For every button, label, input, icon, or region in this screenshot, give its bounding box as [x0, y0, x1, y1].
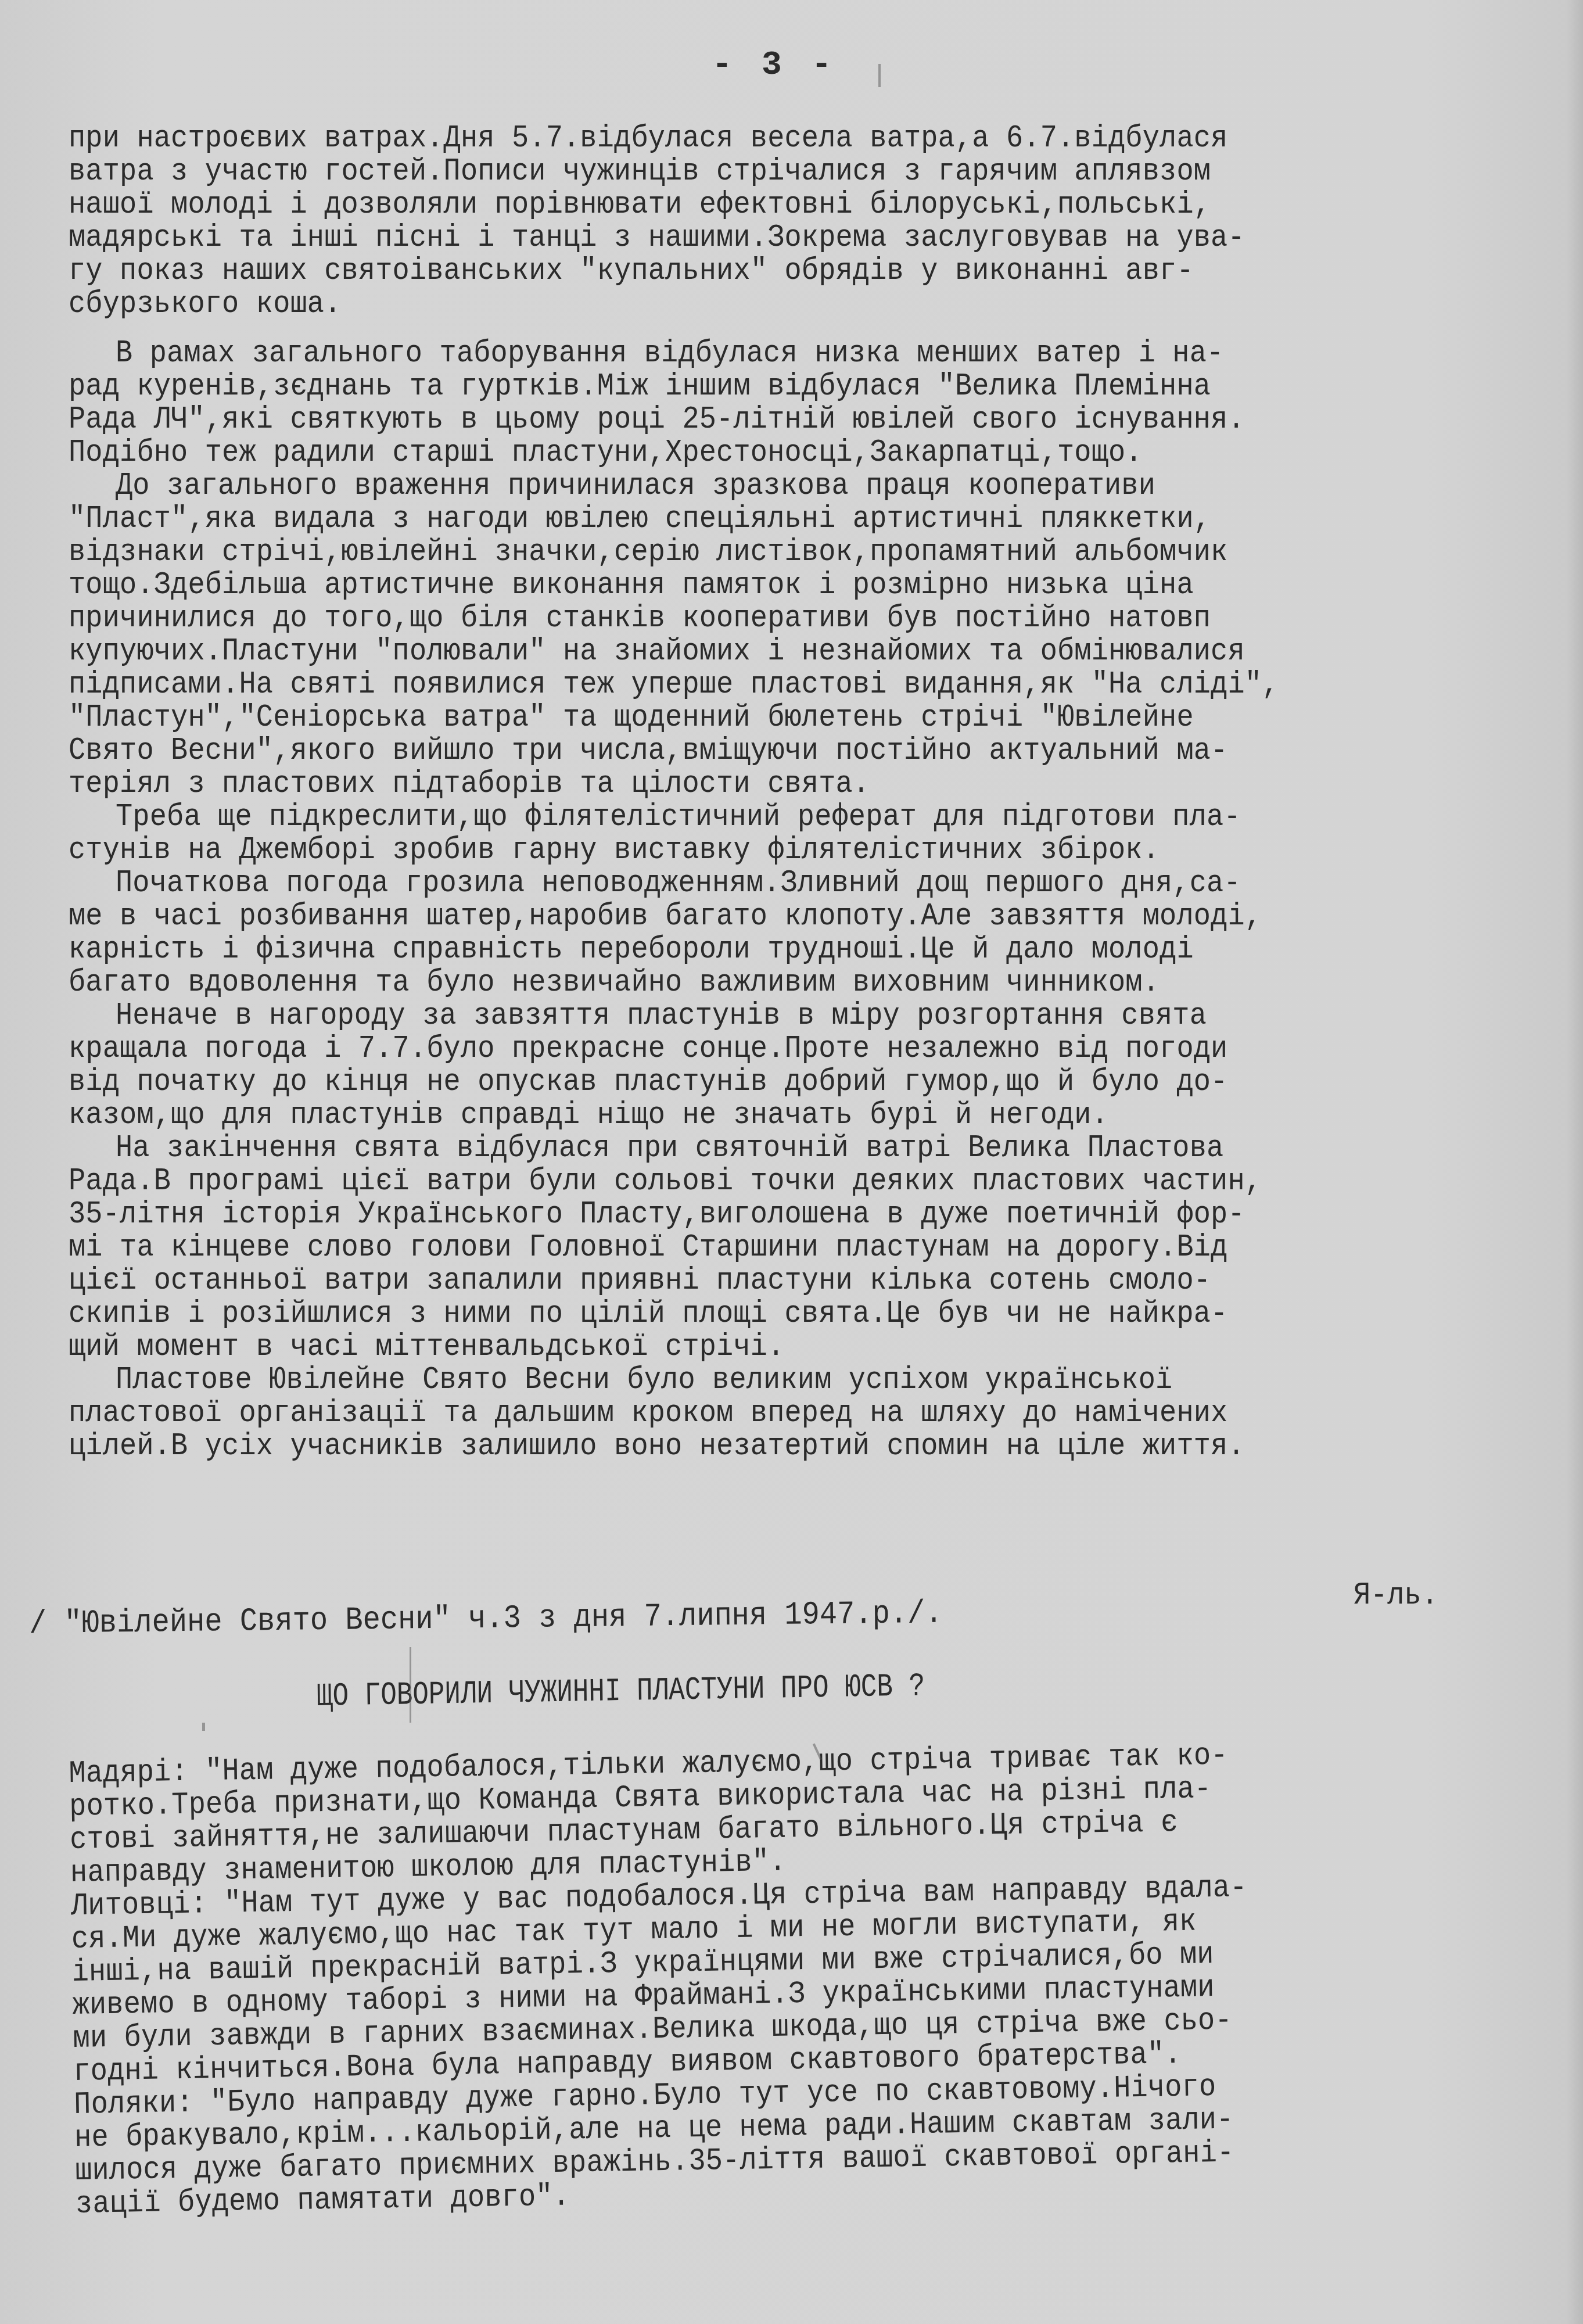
text-line: Пластове Ювілейне Свято Весни було велик… — [69, 1364, 1365, 1397]
text-line: Свято Весни",якого вийшло три числа,вміщ… — [69, 734, 1365, 768]
text-line: стунів на Джемборі зробив гарну виставку… — [69, 834, 1365, 867]
text-line: Треба ще підкреслити,що філятелістичний … — [69, 801, 1365, 834]
text-line: відзнаки стрічі,ювілейні значки,серію ли… — [69, 536, 1365, 569]
quote-lithuanians: Литовці: "Нам тут дуже у вас подобалося.… — [71, 1867, 1514, 2089]
text-line: підписами.На святі появилися теж уперше … — [69, 668, 1365, 701]
text-line: щий момент в часі міттенвальдської стріч… — [69, 1330, 1365, 1364]
text-line: В рамах загального таборування відбулася… — [69, 337, 1365, 370]
text-line: карність і фізична справність перебороли… — [69, 933, 1365, 966]
section-title: ЩО ГОВОРИЛИ ЧУЖИННІ ПЛАСТУНИ ПРО ЮСВ ? — [317, 1669, 925, 1714]
quote-hungarians: Мадярі: "Нам дуже подобалося,тільки жалу… — [69, 1735, 1511, 1890]
text-line: "Пластун","Сеніорська ватра" та щоденний… — [69, 701, 1365, 734]
text-line: До загального враження причинилася зразк… — [69, 469, 1365, 503]
scan-edge-shadow — [1567, 0, 1583, 2324]
text-line: ме в часі розбивання шатер,наробив багат… — [69, 900, 1365, 933]
author-signature: Я-ль. — [1354, 1579, 1438, 1612]
article-body: В рамах загального таборування відбулася… — [69, 337, 1509, 1463]
text-line: Рада ЛЧ",які святкують в цьому році 25-л… — [69, 403, 1365, 436]
document-page: - 3 - при настроєвих ватрах.Дня 5.7.відб… — [0, 0, 1583, 2324]
text-line: скипів і розійшлися з ними по цілій площ… — [69, 1297, 1365, 1330]
text-line: нашої молоді і дозволяли порівнювати ефе… — [69, 188, 1365, 221]
text-line: Неначе в нагороду за завзяття пластунів … — [69, 999, 1365, 1032]
scan-mark — [878, 64, 881, 87]
text-line: мадярські та інші пісні і танці з нашими… — [69, 221, 1365, 254]
foreign-scouts-quotes: Мадярі: "Нам дуже подобалося,тільки жалу… — [69, 1735, 1516, 2221]
text-line: казом,що для пластунів справді ніщо не з… — [69, 1099, 1365, 1132]
paragraph-camp-gatherings: В рамах загального таборування відбулася… — [69, 337, 1509, 469]
text-line: Подібно теж радили старші пластуни,Хрест… — [69, 436, 1365, 469]
text-line: цієї останньої ватри запалили приявні пл… — [69, 1264, 1365, 1297]
text-line: Початкова погода грозила неповодженням.З… — [69, 867, 1365, 900]
text-line: тощо.Здебільша артистичне виконання памя… — [69, 569, 1365, 602]
paragraph-good-humor: Неначе в нагороду за завзяття пластунів … — [69, 999, 1509, 1132]
text-line: сбурзького коша. — [69, 288, 1365, 321]
text-line: ватра з участю гостей.Пописи чужинців ст… — [69, 155, 1365, 188]
paragraph-continuation: при настроєвих ватрах.Дня 5.7.відбулася … — [69, 122, 1509, 321]
scan-mark — [202, 1723, 205, 1731]
paragraph-closing-campfire: На закінчення свята відбулася при святоч… — [69, 1132, 1509, 1364]
text-line: Рада.В програмі цієї ватри були сольові … — [69, 1165, 1365, 1198]
text-line: від початку до кінця не опускав пластуні… — [69, 1066, 1365, 1099]
quote-poles: Поляки: "Було направду дуже гарно.Було т… — [74, 2066, 1516, 2221]
text-line: багато вдоволення та було незвичайно важ… — [69, 966, 1365, 999]
text-line: причинилися до того,що біля станків кооп… — [69, 602, 1365, 635]
source-citation: / "Ювілейне Свято Весни" ч.3 з дня 7.лип… — [29, 1596, 943, 1641]
paragraph-conclusion: Пластове Ювілейне Свято Весни було велик… — [69, 1364, 1509, 1463]
scan-mark — [410, 1647, 411, 1723]
paragraph-philately: Треба ще підкреслити,що філятелістичний … — [69, 801, 1509, 867]
text-line: рад куренів,зєднань та гуртків.Між іншим… — [69, 370, 1365, 403]
text-line: пластової організації та дальшим кроком … — [69, 1397, 1365, 1430]
paragraph-weather: Початкова погода грозила неповодженням.З… — [69, 867, 1509, 999]
text-line: гу показ наших святоіванських "купальних… — [69, 254, 1365, 288]
text-line: мі та кінцеве слово голови Головної Стар… — [69, 1231, 1365, 1264]
text-line: кращала погода і 7.7.було прекрасне сонц… — [69, 1032, 1365, 1066]
text-line: 35-літня історія Українського Пласту,виг… — [69, 1198, 1365, 1231]
page-number: - 3 - — [0, 46, 1566, 84]
text-line: цілей.В усіх учасників залишило воно нез… — [69, 1430, 1365, 1463]
text-line: На закінчення свята відбулася при святоч… — [69, 1132, 1365, 1165]
text-line: при настроєвих ватрах.Дня 5.7.відбулася … — [69, 122, 1365, 155]
text-line: купуючих.Пластуни "полювали" на знайомих… — [69, 635, 1365, 668]
text-line: "Пласт",яка видала з нагоди ювілею спеці… — [69, 503, 1365, 536]
paragraph-cooperative: До загального враження причинилася зразк… — [69, 469, 1509, 801]
text-line: теріял з пластових підтаборів та цілости… — [69, 768, 1365, 801]
